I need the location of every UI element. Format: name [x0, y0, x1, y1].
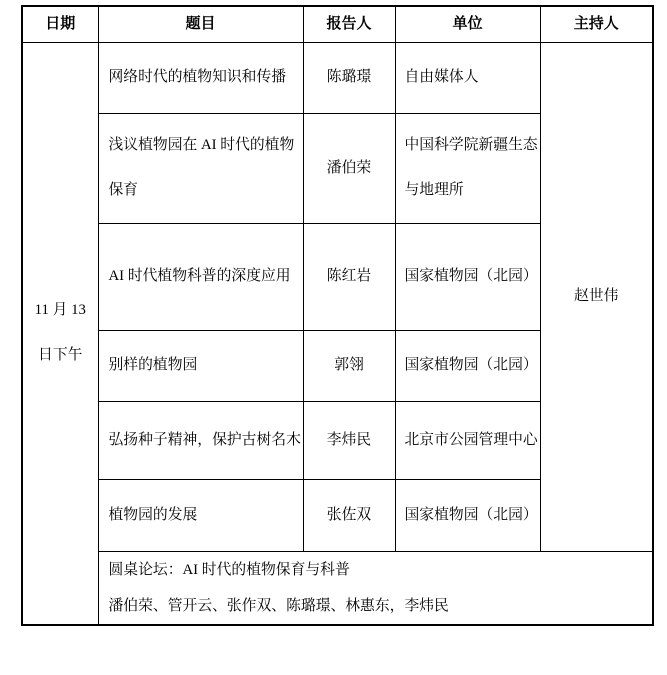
speaker-cell: 郭翎 [303, 330, 395, 401]
speaker-cell: 李炜民 [303, 401, 395, 479]
header-date: 日期 [22, 6, 98, 42]
title-cell: 网络时代的植物知识和传播 [98, 42, 303, 113]
speaker-cell: 张佐双 [303, 479, 395, 551]
header-organization: 单位 [395, 6, 540, 42]
organization-cell: 国家植物园（北园） [395, 330, 540, 401]
document-page: 日期 题目 报告人 单位 主持人 11 月 13 日下午 网络时代的植物知识和传… [0, 0, 667, 675]
speaker-cell: 潘伯荣 [303, 113, 395, 223]
title-cell: AI 时代植物科普的深度应用 [98, 223, 303, 330]
organization-cell: 自由媒体人 [395, 42, 540, 113]
title-cell: 植物园的发展 [98, 479, 303, 551]
table-row: 11 月 13 日下午 网络时代的植物知识和传播 陈璐璟 自由媒体人 赵世伟 [22, 42, 653, 113]
title-cell: 别样的植物园 [98, 330, 303, 401]
header-speaker: 报告人 [303, 6, 395, 42]
session-schedule-table: 日期 题目 报告人 单位 主持人 11 月 13 日下午 网络时代的植物知识和传… [21, 5, 654, 626]
title-cell: 弘扬种子精神，保护古树名木 [98, 401, 303, 479]
organization-cell: 国家植物园（北园） [395, 479, 540, 551]
organization-cell: 北京市公园管理中心 [395, 401, 540, 479]
organization-cell: 国家植物园（北园） [395, 223, 540, 330]
organization-cell: 中国科学院新疆生态 与地理所 [395, 113, 540, 223]
roundtable-row: 圆桌论坛：AI 时代的植物保育与科普 潘伯荣、管开云、张作双、陈璐璟、林惠东，李… [22, 551, 653, 625]
title-cell: 浅议植物园在 AI 时代的植物 保育 [98, 113, 303, 223]
date-cell: 11 月 13 日下午 [22, 42, 98, 625]
header-moderator: 主持人 [540, 6, 653, 42]
moderator-cell: 赵世伟 [540, 42, 653, 551]
speaker-cell: 陈红岩 [303, 223, 395, 330]
header-title: 题目 [98, 6, 303, 42]
roundtable-cell: 圆桌论坛：AI 时代的植物保育与科普 潘伯荣、管开云、张作双、陈璐璟、林惠东，李… [98, 551, 653, 625]
table-header-row: 日期 题目 报告人 单位 主持人 [22, 6, 653, 42]
speaker-cell: 陈璐璟 [303, 42, 395, 113]
